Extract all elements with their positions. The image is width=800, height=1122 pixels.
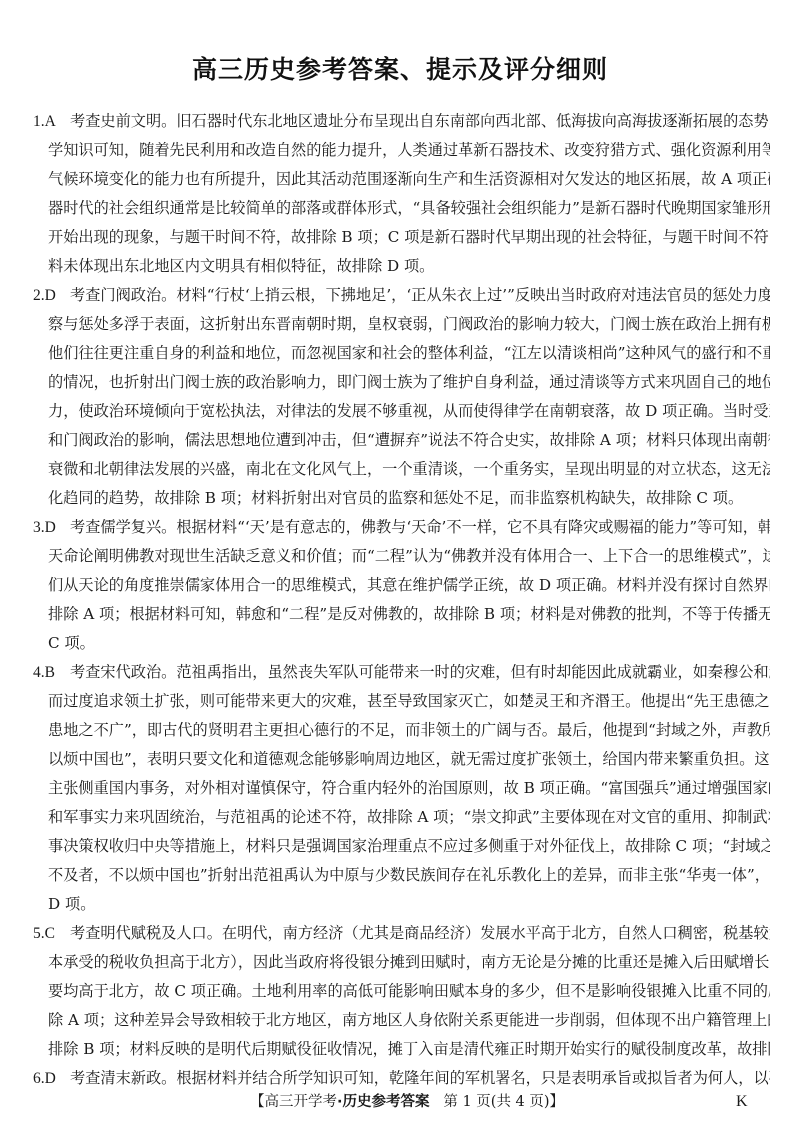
answer-line: 排除 A 项；根据材料可知，韩愈和“二程”是反对佛教的，故排除 B 项；材料是对… <box>0 600 800 629</box>
answer-line: 气候环境变化的能力也有所提升，因此其活动范围逐渐向生产和生活资源相对欠发达的地区… <box>0 165 800 194</box>
answer-text: 主张侧重国内事务，对外相对谨慎保守，符合重内轻外的治国原则，故 B 项正确。“富… <box>48 774 770 803</box>
answer-item-2: 2.D 考查门阀政治。材料“行杖‘上捎云根，下拂地足’，‘正从朱衣上过’”反映出… <box>0 281 800 513</box>
footer-bracket-close: 】 <box>550 1094 565 1110</box>
answer-text: 的情况，也折射出门阀士族的政治影响力，即门阀士族为了维护自身利益，通过清谈等方式… <box>48 368 770 397</box>
answer-line: 以烦中国也”，表明只要文化和道德观念能够影响周边地区，就无需过度扩张领土，给国内… <box>0 745 800 774</box>
answer-text: 察与惩处多浮于表面，这折射出东晋南朝时期，皇权衰弱，门阀政治的影响力较大，门阀士… <box>48 310 770 339</box>
answer-line: 2.D 考查门阀政治。材料“行杖‘上捎云根，下拂地足’，‘正从朱衣上过’”反映出… <box>0 281 800 310</box>
answer-text: 考查宋代政治。范祖禹指出，虽然丧失军队可能带来一时的灾难，但有时却能因此成就霸业… <box>70 658 770 687</box>
answer-text: 他们往往更注重自身的利益和地位，而忽视国家和社会的整体利益，“江左以清谈相尚”这… <box>48 339 770 368</box>
answer-line: 天命论阐明佛教对现世生活缺乏意义和价值；而“二程”认为“佛教并没有体用合一、上下… <box>0 542 800 571</box>
answer-text: 考查史前文明。旧石器时代东北地区遗址分布呈现出自东南部向西北部、低海拔向高海拔逐… <box>70 107 770 136</box>
answer-text: 和军事实力来巩固统治，与范祖禹的论述不符，故排除 A 项；“崇文抑武”主要体现在… <box>48 803 770 832</box>
answer-line: 们从天论的角度推崇儒家体用合一的思维模式，其意在维护儒学正统，故 D 项正确。材… <box>0 571 800 600</box>
answer-line: 除 A 项；这种差异会导致相较于北方地区，南方地区人身依附关系更能进一步削弱，但… <box>0 1006 800 1035</box>
answer-number: 5.C <box>33 919 55 948</box>
answer-item-6: 6.D 考查清末新政。根据材料并结合所学知识可知，乾隆年间的军机署名，只是表明承… <box>0 1064 800 1093</box>
footer-page-number: 第 1 页(共 4 页) <box>443 1094 549 1110</box>
footer-subject: 历史参考答案 <box>343 1094 430 1110</box>
answer-text: 考查门阀政治。材料“行杖‘上捎云根，下拂地足’，‘正从朱衣上过’”反映出当时政府… <box>70 281 770 310</box>
answer-number: 3.D <box>33 513 56 542</box>
answer-text: 们从天论的角度推崇儒家体用合一的思维模式，其意在维护儒学正统，故 D 项正确。材… <box>48 571 770 600</box>
answer-line: 5.C 考查明代赋税及人口。在明代，南方经济（尤其是商品经济）发展水平高于北方，… <box>0 919 800 948</box>
answer-item-3: 3.D 考查儒学复兴。根据材料“‘天’是有意志的，佛教与‘天命’不一样，它不具有… <box>0 513 800 658</box>
answer-line: 的情况，也折射出门阀士族的政治影响力，即门阀士族为了维护自身利益，通过清谈等方式… <box>0 368 800 397</box>
answer-line: 事决策权收归中央等措施上，材料只是强调国家治理重点不应过多侧重于对外征伐上，故排… <box>0 832 800 861</box>
answer-text: 除 A 项；这种差异会导致相较于北方地区，南方地区人身依附关系更能进一步削弱，但… <box>48 1006 770 1035</box>
answer-line: C 项。 <box>0 629 800 658</box>
answer-line: 衰微和北朝律法发展的兴盛，南北在文化风气上，一个重清谈，一个重务实，呈现出明显的… <box>0 455 800 484</box>
answer-line: 1.A 考查史前文明。旧石器时代东北地区遗址分布呈现出自东南部向西北部、低海拔向… <box>0 107 800 136</box>
answer-text: 器时代的社会组织通常是比较简单的部落或群体形式，“具备较强社会组织能力”是新石器… <box>48 194 770 223</box>
answer-line: 4.B 考查宋代政治。范祖禹指出，虽然丧失军队可能带来一时的灾难，但有时却能因此… <box>0 658 800 687</box>
answer-text: 排除 A 项；根据材料可知，韩愈和“二程”是反对佛教的，故排除 B 项；材料是对… <box>48 600 770 629</box>
answer-text: 天命论阐明佛教对现世生活缺乏意义和价值；而“二程”认为“佛教并没有体用合一、上下… <box>48 542 770 571</box>
footer-label: 【高三开学考·历史参考答案 第 1 页(共 4 页)】 <box>250 1090 564 1114</box>
answer-line: 患地之不广”，即古代的贤明君主更担心德行的不足，而非领土的广阔与否。最后，他提到… <box>0 716 800 745</box>
footer-bracket-open: 【 <box>250 1094 265 1110</box>
answer-text: 料未体现出东北地区内文明具有相似特征，故排除 D 项。 <box>48 252 770 281</box>
answer-line: 本承受的税收负担高于北方），因此当政府将役银分摊到田赋时，南方无论是分摊的比重还… <box>0 948 800 977</box>
answer-text: 化趋同的趋势，故排除 B 项；材料折射出对官员的监察和惩处不足，而非监察机构缺失… <box>48 484 770 513</box>
answer-item-4: 4.B 考查宋代政治。范祖禹指出，虽然丧失军队可能带来一时的灾难，但有时却能因此… <box>0 658 800 919</box>
answer-line: 他们往往更注重自身的利益和地位，而忽视国家和社会的整体利益，“江左以清谈相尚”这… <box>0 339 800 368</box>
answer-text: 开始出现的现象，与题干时间不符，故排除 B 项；C 项是新石器时代早期出现的社会… <box>48 223 770 252</box>
answer-line: 察与惩处多浮于表面，这折射出东晋南朝时期，皇权衰弱，门阀政治的影响力较大，门阀士… <box>0 310 800 339</box>
answer-line: 主张侧重国内事务，对外相对谨慎保守，符合重内轻外的治国原则，故 B 项正确。“富… <box>0 774 800 803</box>
answer-text: 本承受的税收负担高于北方），因此当政府将役银分摊到田赋时，南方无论是分摊的比重还… <box>48 948 770 977</box>
answer-text: C 项。 <box>48 629 770 658</box>
answer-line: 而过度追求领土扩张，则可能带来更大的灾难，甚至导致国家灭亡，如楚灵王和齐湣王。他… <box>0 687 800 716</box>
answer-number: 6.D <box>33 1064 56 1093</box>
answer-line: 排除 B 项；材料反映的是明代后期赋役征收情况，摊丁入亩是清代雍正时期开始实行的… <box>0 1035 800 1064</box>
answer-item-1: 1.A 考查史前文明。旧石器时代东北地区遗址分布呈现出自东南部向西北部、低海拔向… <box>0 107 800 281</box>
answer-text: 学知识可知，随着先民利用和改造自然的能力提升，人类通过革新石器技术、改变狩猎方式… <box>48 136 770 165</box>
answer-text: 而过度追求领土扩张，则可能带来更大的灾难，甚至导致国家灭亡，如楚灵王和齐湣王。他… <box>48 687 770 716</box>
answer-line: 3.D 考查儒学复兴。根据材料“‘天’是有意志的，佛教与‘天命’不一样，它不具有… <box>0 513 800 542</box>
answer-number: 2.D <box>33 281 56 310</box>
answer-line: 不及者，不以烦中国也”折射出范祖禹认为中原与少数民族间存在礼乐教化上的差异，而非… <box>0 861 800 890</box>
page-title: 高三历史参考答案、提示及评分细则 <box>0 50 800 86</box>
answer-text: 考查明代赋税及人口。在明代，南方经济（尤其是商品经济）发展水平高于北方，自然人口… <box>70 919 770 948</box>
answer-text: D 项。 <box>48 890 770 919</box>
answer-text: 衰微和北朝律法发展的兴盛，南北在文化风气上，一个重清谈，一个重务实，呈现出明显的… <box>48 455 770 484</box>
answer-text: 力，使政治环境倾向于宽松执法，对律法的发展不够重视，从而使得律学在南朝衰落，故 … <box>48 397 770 426</box>
answer-line: 和门阀政治的影响，儒法思想地位遭到冲击，但“遭摒弃”说法不符合史实，故排除 A … <box>0 426 800 455</box>
footer-school: 高三开学考 <box>265 1094 338 1110</box>
answer-text: 不及者，不以烦中国也”折射出范祖禹认为中原与少数民族间存在礼乐教化上的差异，而非… <box>48 861 770 890</box>
answer-text: 以烦中国也”，表明只要文化和道德观念能够影响周边地区，就无需过度扩张领土，给国内… <box>48 745 770 774</box>
answer-line: 6.D 考查清末新政。根据材料并结合所学知识可知，乾隆年间的军机署名，只是表明承… <box>0 1064 800 1093</box>
page-footer: 【高三开学考·历史参考答案 第 1 页(共 4 页)】 K <box>0 1090 800 1114</box>
answer-number: 4.B <box>33 658 55 687</box>
answer-line: D 项。 <box>0 890 800 919</box>
answer-text: 患地之不广”，即古代的贤明君主更担心德行的不足，而非领土的广阔与否。最后，他提到… <box>48 716 770 745</box>
answer-body: 1.A 考查史前文明。旧石器时代东北地区遗址分布呈现出自东南部向西北部、低海拔向… <box>0 107 800 1093</box>
answer-text: 事决策权收归中央等措施上，材料只是强调国家治理重点不应过多侧重于对外征伐上，故排… <box>48 832 770 861</box>
answer-text: 考查清末新政。根据材料并结合所学知识可知，乾隆年间的军机署名，只是表明承旨或拟旨… <box>70 1064 770 1093</box>
answer-line: 要均高于北方，故 C 项正确。土地利用率的高低可能影响田赋本身的多少，但不是影响… <box>0 977 800 1006</box>
answer-item-5: 5.C 考查明代赋税及人口。在明代，南方经济（尤其是商品经济）发展水平高于北方，… <box>0 919 800 1064</box>
answer-text: 和门阀政治的影响，儒法思想地位遭到冲击，但“遭摒弃”说法不符合史实，故排除 A … <box>48 426 770 455</box>
answer-text: 排除 B 项；材料反映的是明代后期赋役征收情况，摊丁入亩是清代雍正时期开始实行的… <box>48 1035 770 1064</box>
answer-line: 学知识可知，随着先民利用和改造自然的能力提升，人类通过革新石器技术、改变狩猎方式… <box>0 136 800 165</box>
answer-number: 1.A <box>33 107 56 136</box>
answer-line: 化趋同的趋势，故排除 B 项；材料折射出对官员的监察和惩处不足，而非监察机构缺失… <box>0 484 800 513</box>
answer-text: 考查儒学复兴。根据材料“‘天’是有意志的，佛教与‘天命’不一样，它不具有降灾或赐… <box>70 513 770 542</box>
answer-line: 料未体现出东北地区内文明具有相似特征，故排除 D 项。 <box>0 252 800 281</box>
footer-version: K <box>736 1090 748 1114</box>
answer-line: 开始出现的现象，与题干时间不符，故排除 B 项；C 项是新石器时代早期出现的社会… <box>0 223 800 252</box>
answer-text: 气候环境变化的能力也有所提升，因此其活动范围逐渐向生产和生活资源相对欠发达的地区… <box>48 165 770 194</box>
answer-line: 力，使政治环境倾向于宽松执法，对律法的发展不够重视，从而使得律学在南朝衰落，故 … <box>0 397 800 426</box>
answer-line: 和军事实力来巩固统治，与范祖禹的论述不符，故排除 A 项；“崇文抑武”主要体现在… <box>0 803 800 832</box>
answer-line: 器时代的社会组织通常是比较简单的部落或群体形式，“具备较强社会组织能力”是新石器… <box>0 194 800 223</box>
answer-text: 要均高于北方，故 C 项正确。土地利用率的高低可能影响田赋本身的多少，但不是影响… <box>48 977 770 1006</box>
